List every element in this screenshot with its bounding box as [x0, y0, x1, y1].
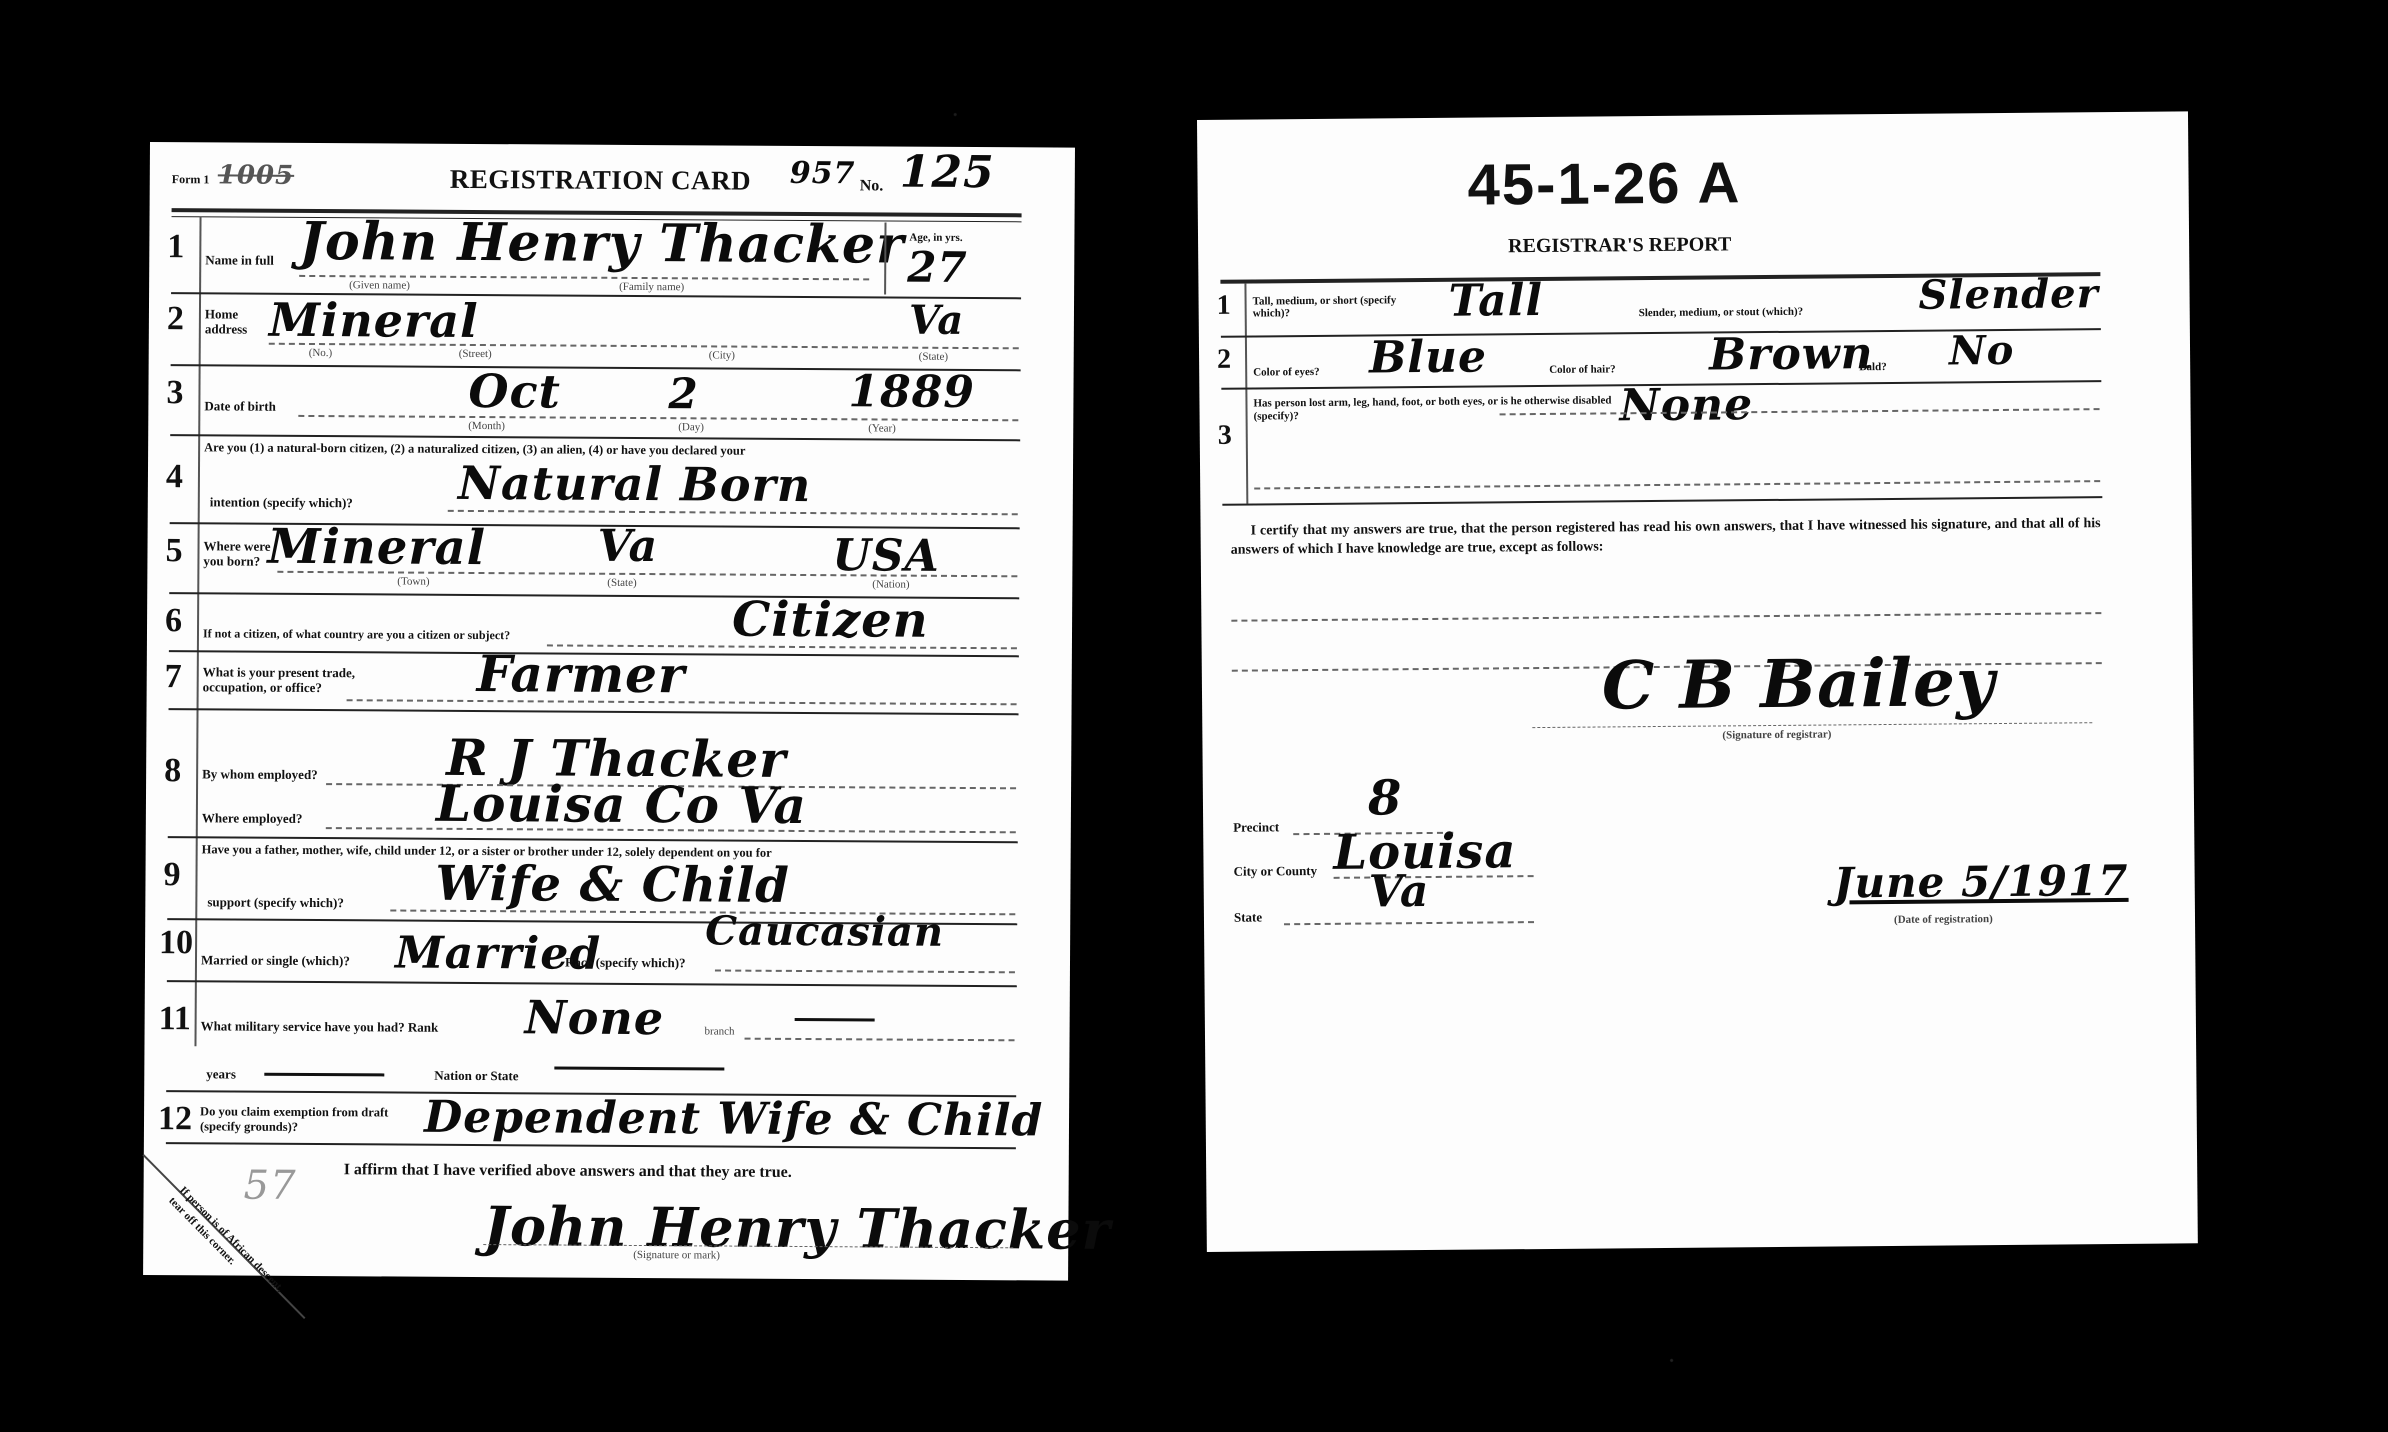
marital-label: Married or single (which)?: [201, 952, 350, 968]
build-value: Slender: [1918, 270, 2099, 319]
state-label: State: [1234, 909, 1262, 924]
build-label: Slender, medium, or stout (which)?: [1639, 305, 1804, 321]
height-value: Tall: [1448, 275, 1543, 327]
row-number: 5: [165, 532, 182, 570]
city-label: City or County: [1233, 863, 1317, 879]
certification-text: I certify that my answers are true, that…: [1231, 514, 2101, 560]
home-address-label: Home address: [205, 306, 265, 336]
birthplace-state: Va: [597, 521, 658, 572]
form-label: Form 1: [172, 172, 210, 187]
caption-town: (Town): [397, 576, 429, 588]
birthplace-label: Where were you born?: [203, 538, 273, 568]
citizenship-value: Natural Born: [458, 456, 812, 512]
caption-state: (State): [919, 351, 948, 363]
eye-color-label: Color of eyes?: [1253, 365, 1320, 381]
employment-place-value: Louisa Co Va: [436, 774, 807, 835]
caption-year: (Year): [868, 422, 896, 434]
dob-day: 2: [668, 369, 699, 418]
row-number: 7: [165, 658, 182, 696]
birthplace-town: Mineral: [267, 519, 486, 576]
field-line: [448, 510, 1018, 515]
branch-dash: [795, 1018, 875, 1021]
row-number: 12: [158, 1100, 192, 1138]
military-value: None: [524, 990, 664, 1045]
years-label: years: [206, 1066, 236, 1081]
affirmation-text: I affirm that I have verified above answ…: [344, 1161, 792, 1182]
home-city-value: Mineral: [269, 293, 479, 348]
bald-value: No: [1949, 327, 2015, 375]
nation-state-label: Nation or State: [434, 1068, 518, 1084]
precinct-value: 8: [1368, 770, 1403, 826]
report-title: REGISTRAR'S REPORT: [1508, 233, 1731, 258]
no-value: 125: [900, 147, 995, 199]
exemption-value: Dependent Wife & Child: [424, 1092, 1043, 1147]
row-number: 6: [165, 602, 182, 640]
field-line: [745, 1038, 1015, 1042]
date-caption: (Date of registration): [1894, 913, 1993, 926]
divider: [1222, 496, 2102, 506]
occupation-value: Farmer: [477, 644, 686, 704]
stamp-number: 45-1-26 A: [1467, 149, 1741, 218]
divider: [169, 708, 1019, 715]
caption-street: (Street): [459, 348, 492, 360]
row-number: 11: [159, 1000, 191, 1038]
registrar-signature: C B Bailey: [1602, 643, 1996, 724]
registrar-report-card: 45-1-26 A REGISTRAR'S REPORT 1 Tall, med…: [1197, 111, 2198, 1252]
race-label: Race (specify which)?: [565, 955, 686, 971]
occupation-label: What is your present trade, occupation, …: [203, 664, 363, 695]
row-number: 9: [163, 856, 180, 894]
name-value: John Henry Thacker: [299, 211, 904, 276]
hair-color-value: Brown: [1709, 328, 1874, 380]
divider: [167, 980, 1017, 987]
caption-state: (State): [607, 577, 636, 589]
hair-color-label: Color of hair?: [1549, 362, 1616, 378]
row-number: 2: [1217, 344, 1231, 376]
row-number: 4: [166, 458, 183, 496]
branch-label: branch: [705, 1025, 735, 1037]
race-value: Caucasian: [705, 907, 944, 955]
no-label: No.: [860, 178, 884, 193]
employer-label: By whom employed?: [202, 766, 318, 782]
dependents-label: support (specify which)?: [207, 894, 344, 910]
disability-label: Has person lost arm, leg, hand, foot, or…: [1253, 394, 1633, 423]
state-value: Va: [1369, 866, 1430, 918]
row-number: 1: [167, 228, 184, 266]
serial-handwritten: 957: [790, 156, 856, 191]
caption-day: (Day): [678, 421, 704, 433]
precinct-label: Precinct: [1233, 819, 1279, 834]
exceptions-line: [1231, 612, 2101, 622]
row-number: 3: [1218, 420, 1232, 452]
caption-month: (Month): [468, 420, 505, 432]
registration-date: June 5/1917: [1833, 856, 2128, 908]
eye-color-value: Blue: [1369, 331, 1487, 383]
given-name-caption: (Given name): [349, 279, 410, 291]
family-name-caption: (Family name): [619, 281, 684, 293]
nation-dash: [554, 1066, 724, 1070]
form-struck-number: 1005: [218, 160, 295, 190]
disability-value: None: [1619, 379, 1753, 431]
dob-year: 1889: [848, 366, 975, 418]
registration-card: Form 1 1005 REGISTRATION CARD 957 No. 12…: [143, 142, 1075, 1281]
exemption-label: Do you claim exemption from draft (speci…: [200, 1104, 410, 1135]
age-column-rule: [884, 222, 886, 294]
registrant-signature: John Henry Thacker: [483, 1194, 1111, 1262]
citizenship-label: intention (specify which)?: [210, 494, 353, 510]
age-value: 27: [907, 243, 968, 292]
card-title: REGISTRATION CARD: [450, 164, 751, 197]
bald-label: Bald?: [1859, 360, 1887, 375]
corner-handwritten-number: 57: [243, 1163, 296, 1209]
foreign-country-value: Citizen: [732, 592, 929, 649]
registrar-caption: (Signature of registrar): [1722, 728, 1831, 741]
caption-nation: (Nation): [872, 578, 909, 590]
row-number: 3: [166, 374, 183, 412]
dob-month: Oct: [468, 364, 561, 419]
name-label: Name in full: [205, 252, 274, 267]
field-line: [1254, 480, 2100, 489]
caption-no: (No.): [309, 347, 333, 359]
foreign-country-label: If not a citizen, of what country are yo…: [203, 626, 510, 643]
row-number: 8: [164, 752, 181, 790]
row-number: 2: [167, 300, 184, 338]
military-label: What military service have you had? Rank: [201, 1018, 439, 1034]
row-number: 1: [1216, 290, 1230, 322]
dob-label: Date of birth: [204, 398, 276, 413]
height-label: Tall, medium, or short (specify which)?: [1253, 294, 1403, 319]
field-line: [715, 969, 1015, 973]
column-rule: [1244, 284, 1248, 504]
years-dash: [264, 1073, 384, 1077]
column-rule: [194, 216, 201, 1046]
employment-place-label: Where employed?: [202, 810, 303, 826]
dependents-value: Wife & Child: [435, 856, 790, 914]
caption-city: (City): [709, 349, 735, 361]
signature-caption: (Signature or mark): [633, 1249, 720, 1262]
home-state-value: Va: [909, 297, 965, 344]
row-number: 10: [159, 924, 193, 962]
state-line: [1284, 921, 1534, 925]
